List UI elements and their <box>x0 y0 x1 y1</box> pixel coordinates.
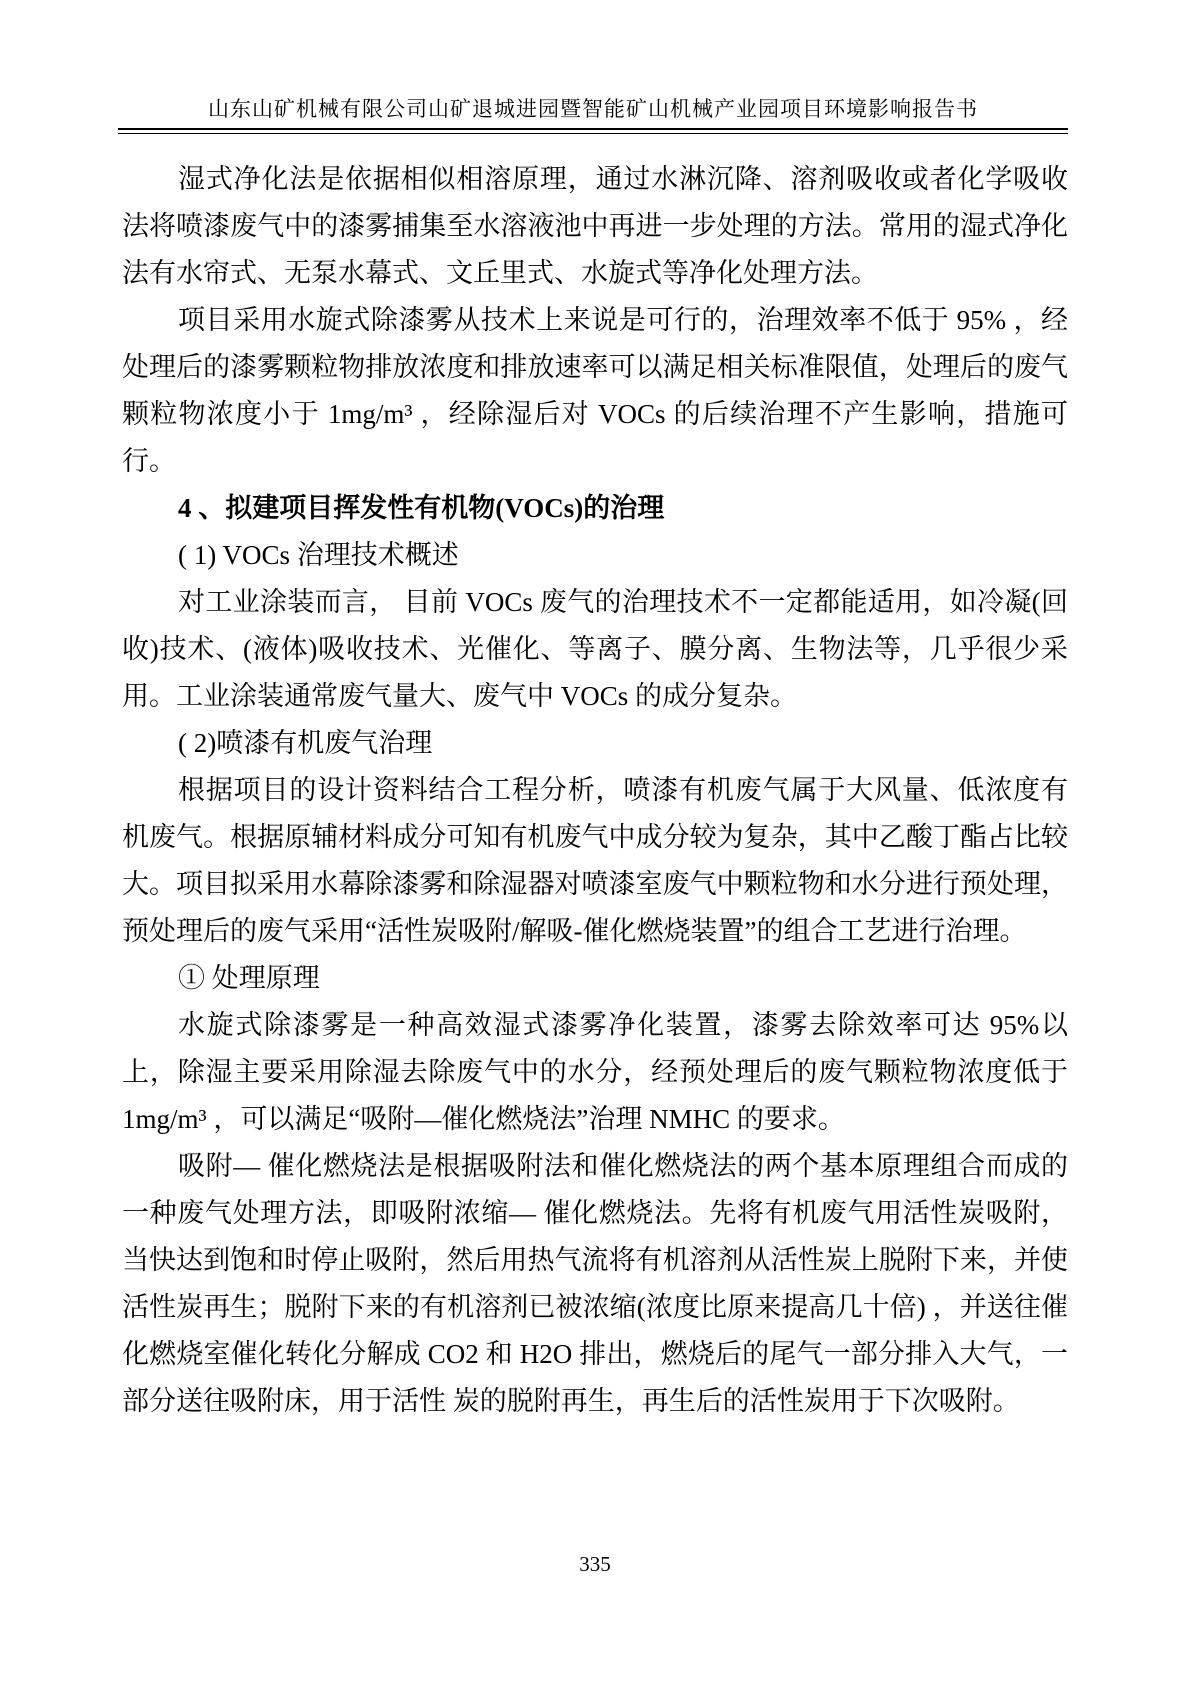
paragraph-water-spin-feasibility: 项目采用水旋式除漆雾从技术上来说是可行的，治理效率不低于 95% ，经处理后的漆… <box>122 297 1068 485</box>
page-header: 山东山矿机械有限公司山矿退城进园暨智能矿山机械产业园项目环境影响报告书 <box>118 96 1068 134</box>
header-title: 山东山矿机械有限公司山矿退城进园暨智能矿山机械产业园项目环境影响报告书 <box>118 96 1068 122</box>
page-footer: 335 <box>0 1552 1190 1577</box>
paragraph-water-spin-principle: 水旋式除漆雾是一种高效湿式漆雾净化装置，漆雾去除效率可达 95%以上，除湿主要采… <box>122 1002 1068 1143</box>
header-divider <box>118 128 1068 134</box>
document-page: 山东山矿机械有限公司山矿退城进园暨智能矿山机械产业园项目环境影响报告书 湿式净化… <box>0 0 1190 1683</box>
paragraph-wet-purification: 湿式净化法是依据相似相溶原理，通过水淋沉降、溶剂吸收或者化学吸收法将喷漆废气中的… <box>122 156 1068 297</box>
paragraph-adsorption-catalytic-combustion: 吸附— 催化燃烧法是根据吸附法和催化燃烧法的两个基本原理组合而成的一种废气处理方… <box>122 1143 1068 1425</box>
subsection-heading-paint-waste-gas: ( 2)喷漆有机废气治理 <box>122 720 1068 767</box>
subsection-heading-treatment-principle: ① 处理原理 <box>122 955 1068 1002</box>
subsection-heading-vocs-overview: ( 1) VOCs 治理技术概述 <box>122 532 1068 579</box>
document-body: 湿式净化法是依据相似相溶原理，通过水淋沉降、溶剂吸收或者化学吸收法将喷漆废气中的… <box>122 156 1068 1425</box>
paragraph-industrial-coating: 对工业涂装而言， 目前 VOCs 废气的治理技术不一定都能适用，如冷凝(回收)技… <box>122 579 1068 720</box>
paragraph-design-analysis: 根据项目的设计资料结合工程分析，喷漆有机废气属于大风量、低浓度有机废气。根据原辅… <box>122 767 1068 955</box>
section-heading-vocs-treatment: 4 、拟建项目挥发性有机物(VOCs)的治理 <box>122 485 1068 532</box>
page-number: 335 <box>579 1552 611 1576</box>
